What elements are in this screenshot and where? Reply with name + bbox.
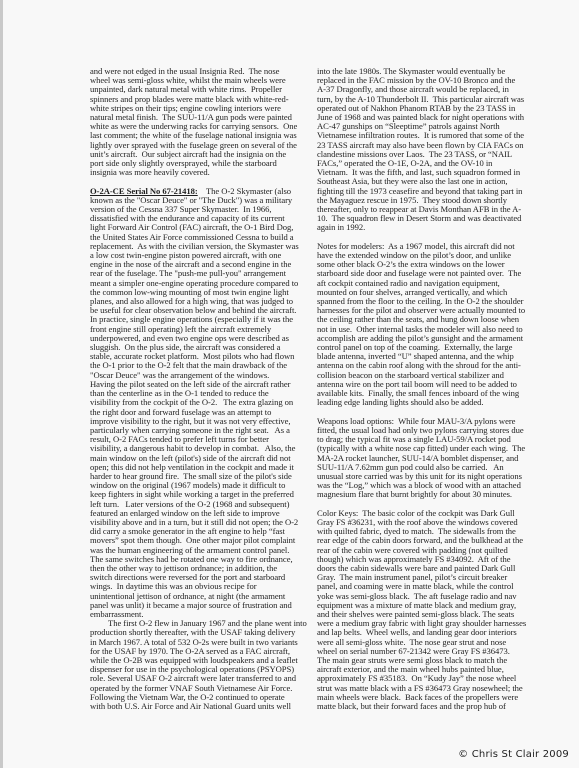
text-line: insignia was more heavily covered.: [90, 168, 307, 177]
text-line: again in 1992.: [317, 223, 526, 232]
paragraph-insignia-notes: and were not edged in the usual Insignia…: [90, 67, 307, 177]
right-column: into the late 1980s. The Skymaster would…: [317, 67, 526, 711]
paragraph-aircraft-history: O-2A-CE Serial No 67-21418: The O-2 Skym…: [90, 187, 307, 712]
paragraph-service-history: into the late 1980s. The Skymaster would…: [317, 67, 526, 233]
text-line: leading edge landing lights should also …: [317, 398, 526, 407]
left-column: and were not edged in the usual Insignia…: [90, 67, 307, 711]
text-line: with both U.S. Air Force and Air Nationa…: [90, 702, 307, 711]
paragraph-color-keys: Color Keys: The basic color of the cockp…: [317, 509, 526, 711]
copyright-watermark: © Chris St Clair 2009: [458, 749, 569, 760]
paragraph-notes-for-modelers: Notes for modelers: As a 1967 model, thi…: [317, 242, 526, 408]
text-line: magnesium flare that burnt brightly for …: [317, 490, 526, 499]
paragraph-weapons-load: Weapons load options: While four MAU-3/A…: [317, 417, 526, 500]
text-line: matte black, but their forward faces and…: [317, 702, 526, 711]
scanned-document-page: and were not edged in the usual Insignia…: [0, 0, 579, 768]
